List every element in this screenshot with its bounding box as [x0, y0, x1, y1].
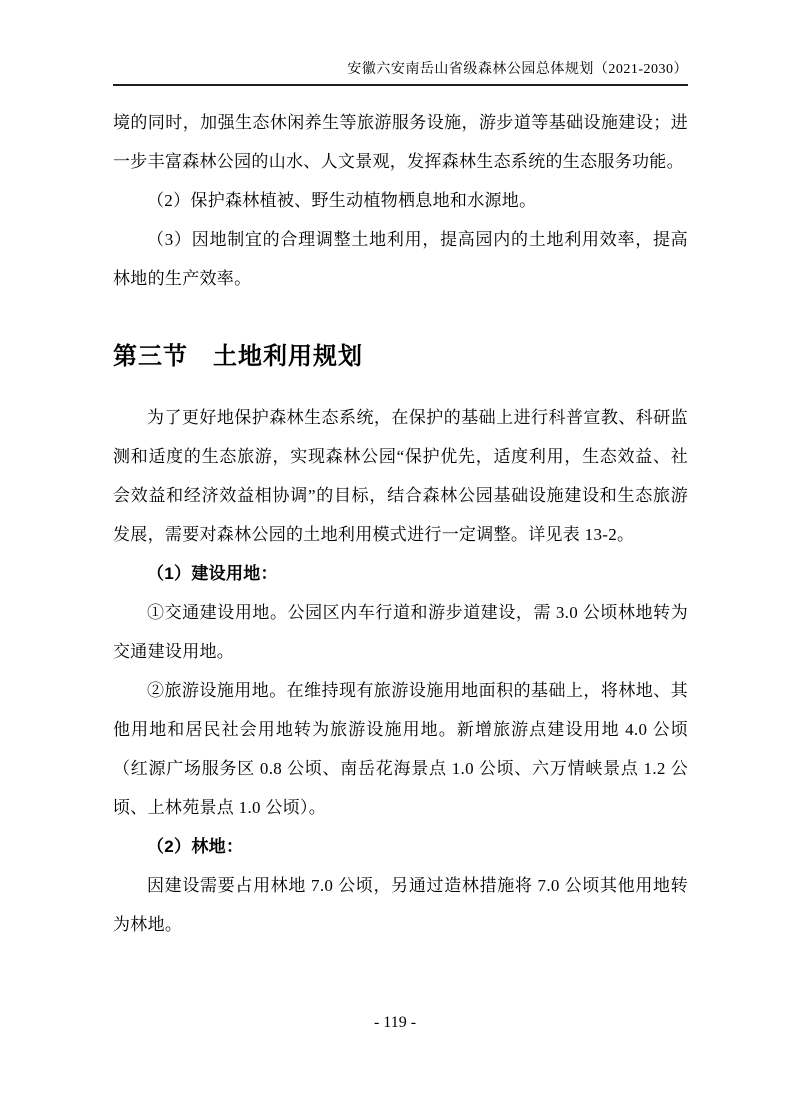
section-heading: 第三节 土地利用规划 [113, 343, 688, 371]
document-page: 安徽六安南岳山省级森林公园总体规划（2021-2030） 境的同时，加强生态休闲… [0, 0, 790, 1118]
subsection-label-construction-land: （1）建设用地： [113, 554, 688, 593]
paragraph-forest-land: 因建设需要占用林地 7.0 公顷，另通过造林措施将 7.0 公顷其他用地转为林地… [113, 866, 688, 944]
document-body: 境的同时，加强生态休闲养生等旅游服务设施，游步道等基础设施建设；进一步丰富森林公… [113, 103, 688, 944]
header-title: 安徽六安南岳山省级森林公园总体规划（2021-2030） [113, 60, 688, 84]
paragraph-tourism-land: ②旅游设施用地。在维持现有旅游设施用地面积的基础上，将林地、其他用地和居民社会用… [113, 671, 688, 827]
paragraph-item-2: （2）保护森林植被、野生动植物栖息地和水源地。 [113, 181, 688, 220]
header-rule [113, 84, 688, 86]
paragraph-item-3: （3）因地制宜的合理调整土地利用，提高园内的土地利用效率，提高林地的生产效率。 [113, 220, 688, 298]
subsection-label-forest-land: （2）林地： [113, 827, 688, 866]
paragraph-traffic-land: ①交通建设用地。公园区内车行道和游步道建设，需 3.0 公顷林地转为交通建设用地… [113, 593, 688, 671]
page-header: 安徽六安南岳山省级森林公园总体规划（2021-2030） [113, 60, 688, 86]
page-number: - 119 - [374, 1014, 416, 1031]
paragraph-intro: 为了更好地保护森林生态系统，在保护的基础上进行科普宣教、科研监测和适度的生态旅游… [113, 398, 688, 554]
page-footer: - 119 - [0, 1012, 790, 1034]
paragraph-continuation: 境的同时，加强生态休闲养生等旅游服务设施，游步道等基础设施建设；进一步丰富森林公… [113, 103, 688, 181]
